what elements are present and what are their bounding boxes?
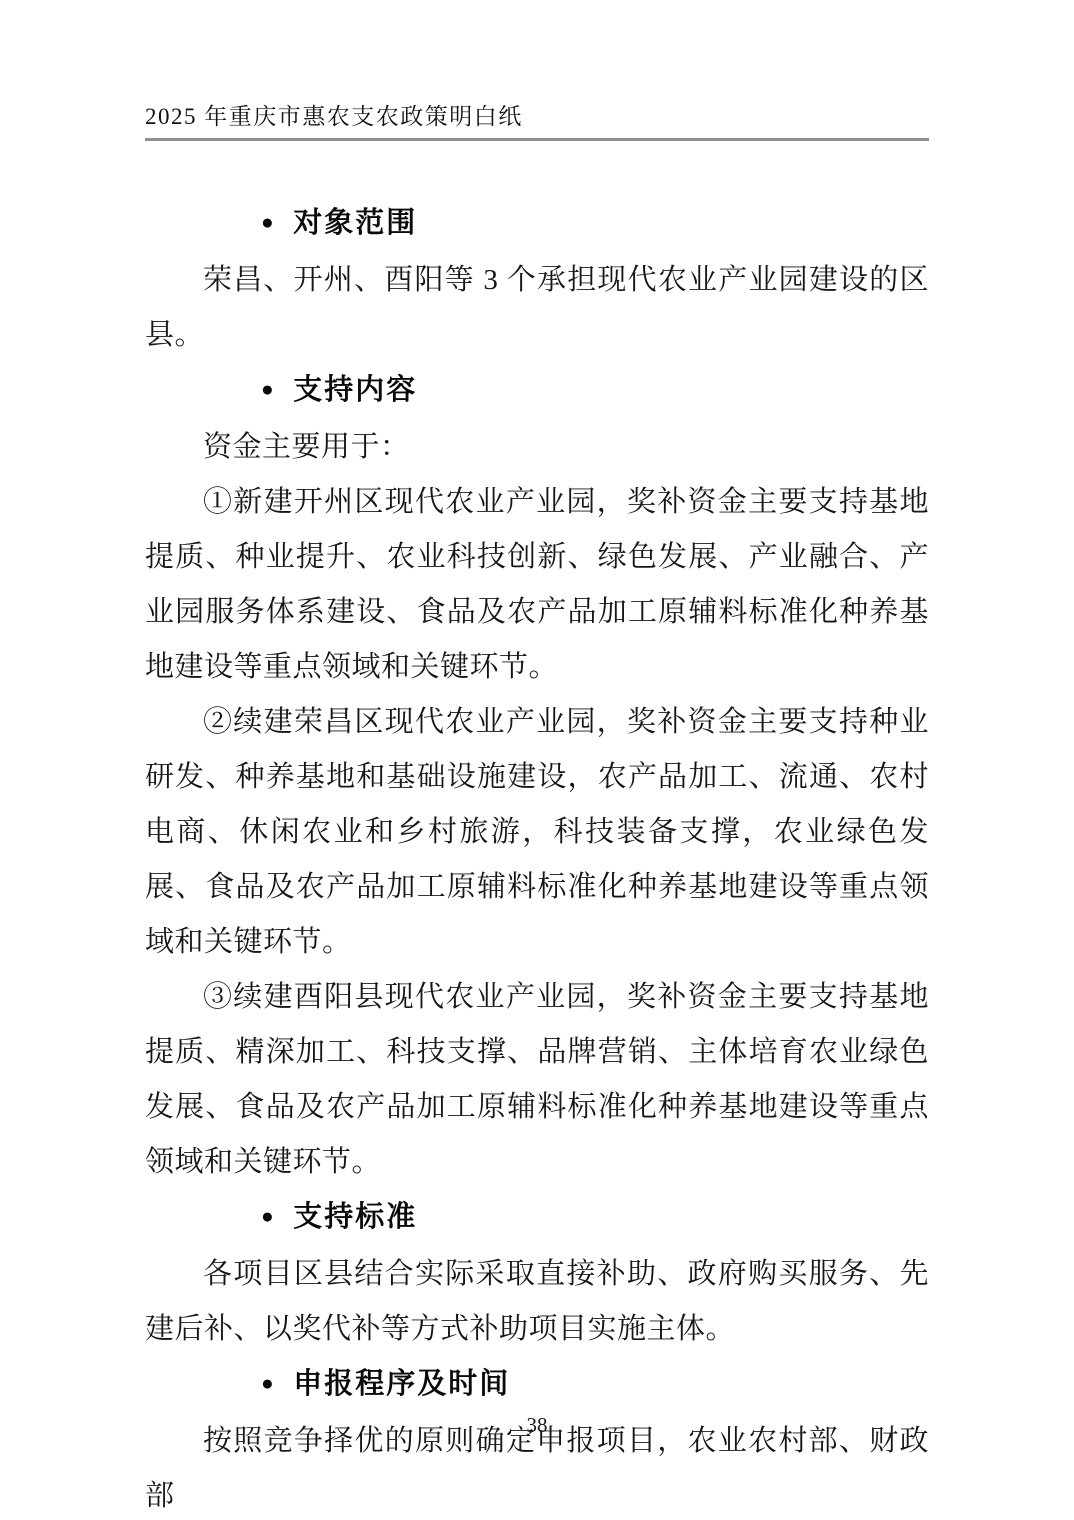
paragraph-target-scope: 荣昌、开州、酉阳等 3 个承担现代农业产业园建设的区县。 [145,253,929,363]
section-heading-support-content: ●支持内容 [145,363,929,420]
document-title: 2025 年重庆市惠农支农政策明白纸 [145,98,523,131]
bullet-icon: ● [203,1189,274,1244]
document-body: ●对象范围 荣昌、开州、酉阳等 3 个承担现代农业产业园建设的区县。 ●支持内容… [145,196,929,1520]
header-divider [145,138,929,141]
bullet-icon: ● [203,362,274,417]
section-heading-label: 对象范围 [293,207,417,239]
bullet-icon: ● [203,1356,274,1411]
paragraph-item-2-rongchang: ②续建荣昌区现代农业产业园，奖补资金主要支持种业研发、种养基地和基础设施建设，农… [145,695,929,970]
section-heading-target-scope: ●对象范围 [145,196,929,253]
paragraph-support-standard: 各项目区县结合实际采取直接补助、政府购买服务、先建后补、以奖代补等方式补助项目实… [145,1247,929,1357]
section-heading-application-procedure: ●申报程序及时间 [145,1357,929,1414]
section-heading-label: 申报程序及时间 [293,1368,510,1400]
page-footer: 38 [0,1413,1074,1438]
section-heading-label: 支持内容 [293,374,417,406]
paragraph-funds-intro: 资金主要用于： [145,420,929,475]
document-page: 2025 年重庆市惠农支农政策明白纸 ●对象范围 荣昌、开州、酉阳等 3 个承担… [0,0,1074,1520]
paragraph-item-3-youyang: ③续建酉阳县现代农业产业园，奖补资金主要支持基地提质、精深加工、科技支撑、品牌营… [145,970,929,1190]
section-heading-label: 支持标准 [293,1201,417,1233]
section-heading-support-standard: ●支持标准 [145,1190,929,1247]
paragraph-item-1-kaizhou: ①新建开州区现代农业产业园，奖补资金主要支持基地提质、种业提升、农业科技创新、绿… [145,475,929,695]
page-number: 38 [527,1413,548,1437]
bullet-icon: ● [203,195,274,250]
